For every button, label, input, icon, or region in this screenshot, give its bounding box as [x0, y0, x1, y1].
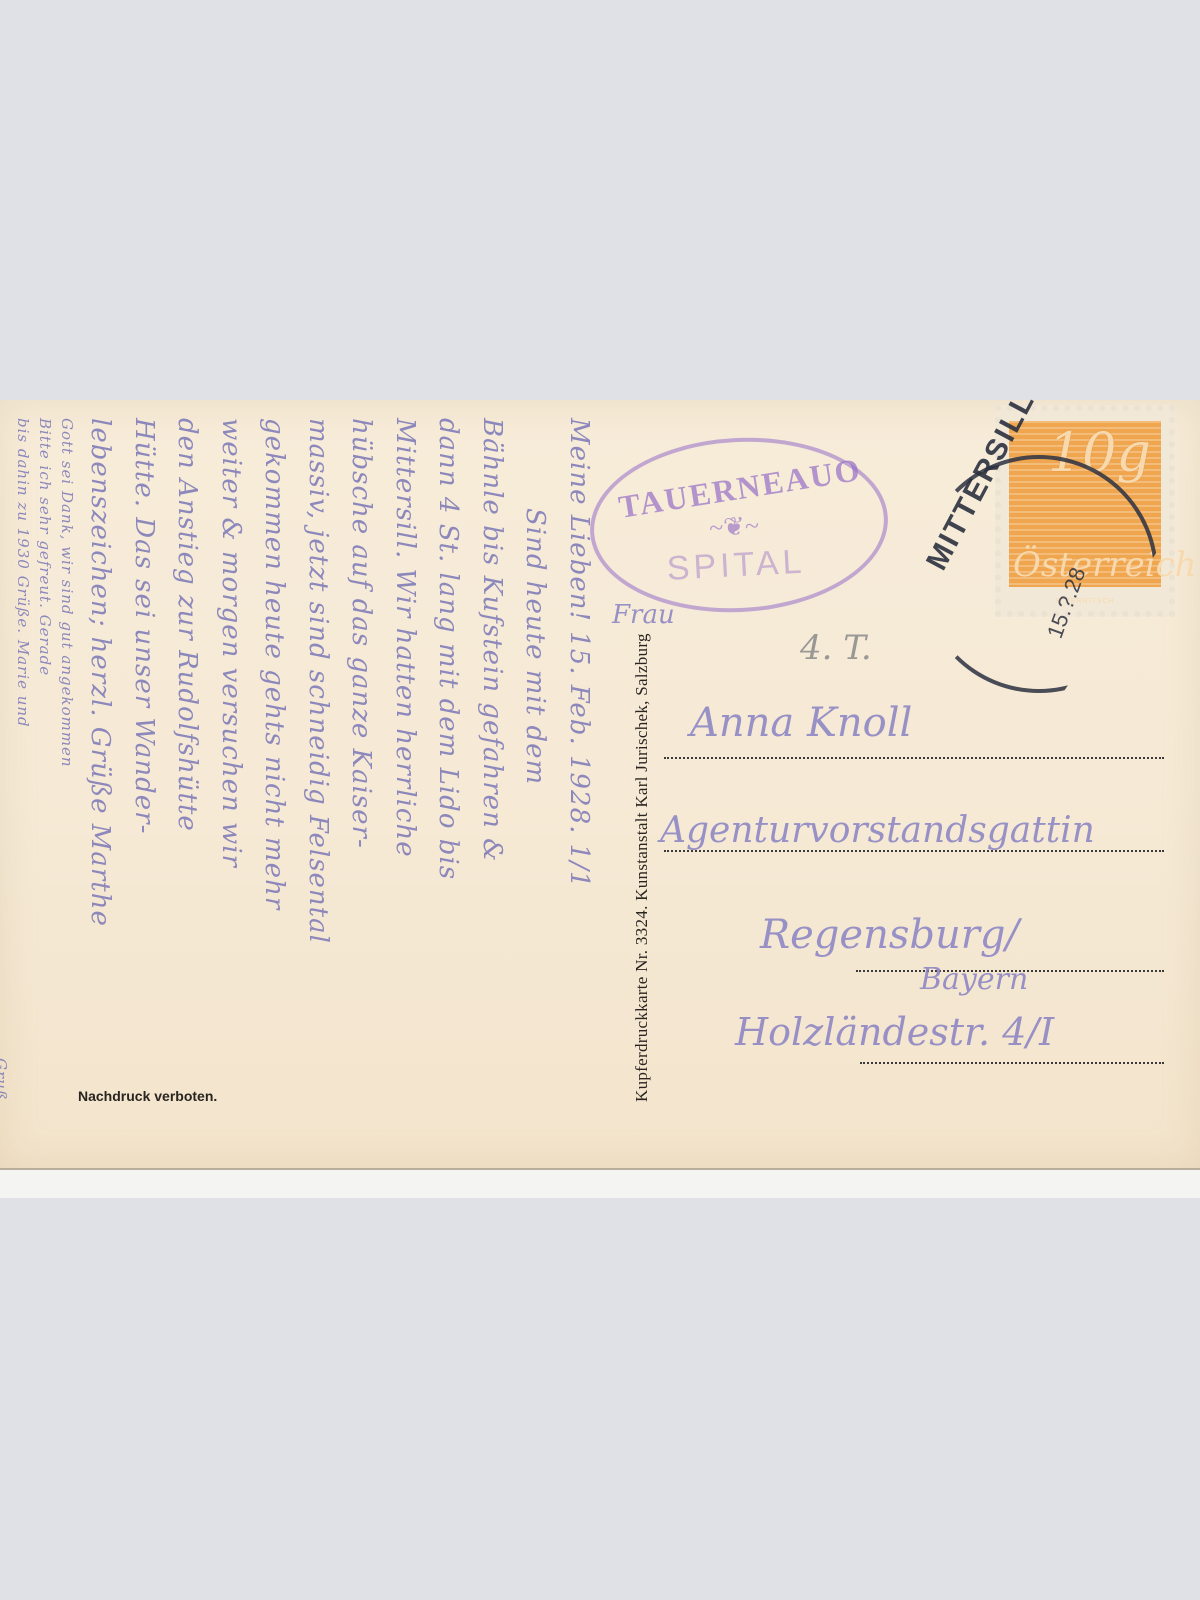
- address-name: Anna Knoll: [690, 700, 912, 746]
- handwritten-message: Meine Lieben! 15. Feb. 1928. 1/1 Sind he…: [0, 418, 600, 1158]
- message-line: Sind heute mit dem: [513, 418, 557, 1158]
- message-line: bis dahin zu 1930 Grüße. Marie und: [12, 418, 34, 1158]
- address-line-4: [860, 1062, 1164, 1064]
- address-region: Bayern: [920, 962, 1028, 997]
- message-line: gekommen heute gehts nicht mehr: [252, 418, 296, 1158]
- message-line: den Anstieg zur Rudolfshütte: [165, 418, 209, 1158]
- message-line: massiv, jetzt sind schneidig Felsental: [296, 418, 340, 1158]
- message-line: weiter & morgen versuchen wir: [209, 418, 253, 1158]
- address-street: Holzländestr. 4/I: [735, 1010, 1054, 1054]
- address-prefix: 4. T.: [800, 628, 872, 668]
- message-line: hübsche auf das ganze Kaiser-: [339, 418, 383, 1158]
- address-city: Regensburg/: [760, 912, 1019, 958]
- message-line: dann 4 St. lang mit dem Lido bis: [426, 418, 470, 1158]
- message-area: Meine Lieben! 15. Feb. 1928. 1/1 Sind he…: [0, 400, 600, 1168]
- address-line-2: [664, 850, 1164, 852]
- message-line: Bitte ich sehr gefreut. Gerade: [34, 418, 56, 1158]
- reprint-notice: Nachdruck verboten.: [78, 1088, 217, 1104]
- stamp-bottom-text: SPITAL: [635, 541, 837, 590]
- publisher-credit: Kupferdruckkarte Nr. 3324. Kunstanstalt …: [632, 633, 652, 1102]
- message-line: Bähnle bis Kufstein gefahren &: [470, 418, 514, 1158]
- message-line: Hütte. Das sei unser Wander-: [122, 418, 166, 1158]
- address-line2: Agenturvorstandsgattin: [660, 810, 1095, 851]
- message-line: Mittersill. Wir hatten herrliche: [383, 418, 427, 1158]
- message-closing: Gruß: [0, 418, 12, 1158]
- address-salutation: Frau: [612, 600, 675, 630]
- message-line: Gott sei Dank, wir sind gut angekommen: [56, 418, 78, 1158]
- scan-margin: [0, 1170, 1200, 1198]
- ornament-icon: ~❦~: [673, 509, 794, 545]
- address-line-1: [664, 757, 1164, 759]
- message-line: lebenszeichen; herzl. Grüße Marthe: [78, 418, 122, 1158]
